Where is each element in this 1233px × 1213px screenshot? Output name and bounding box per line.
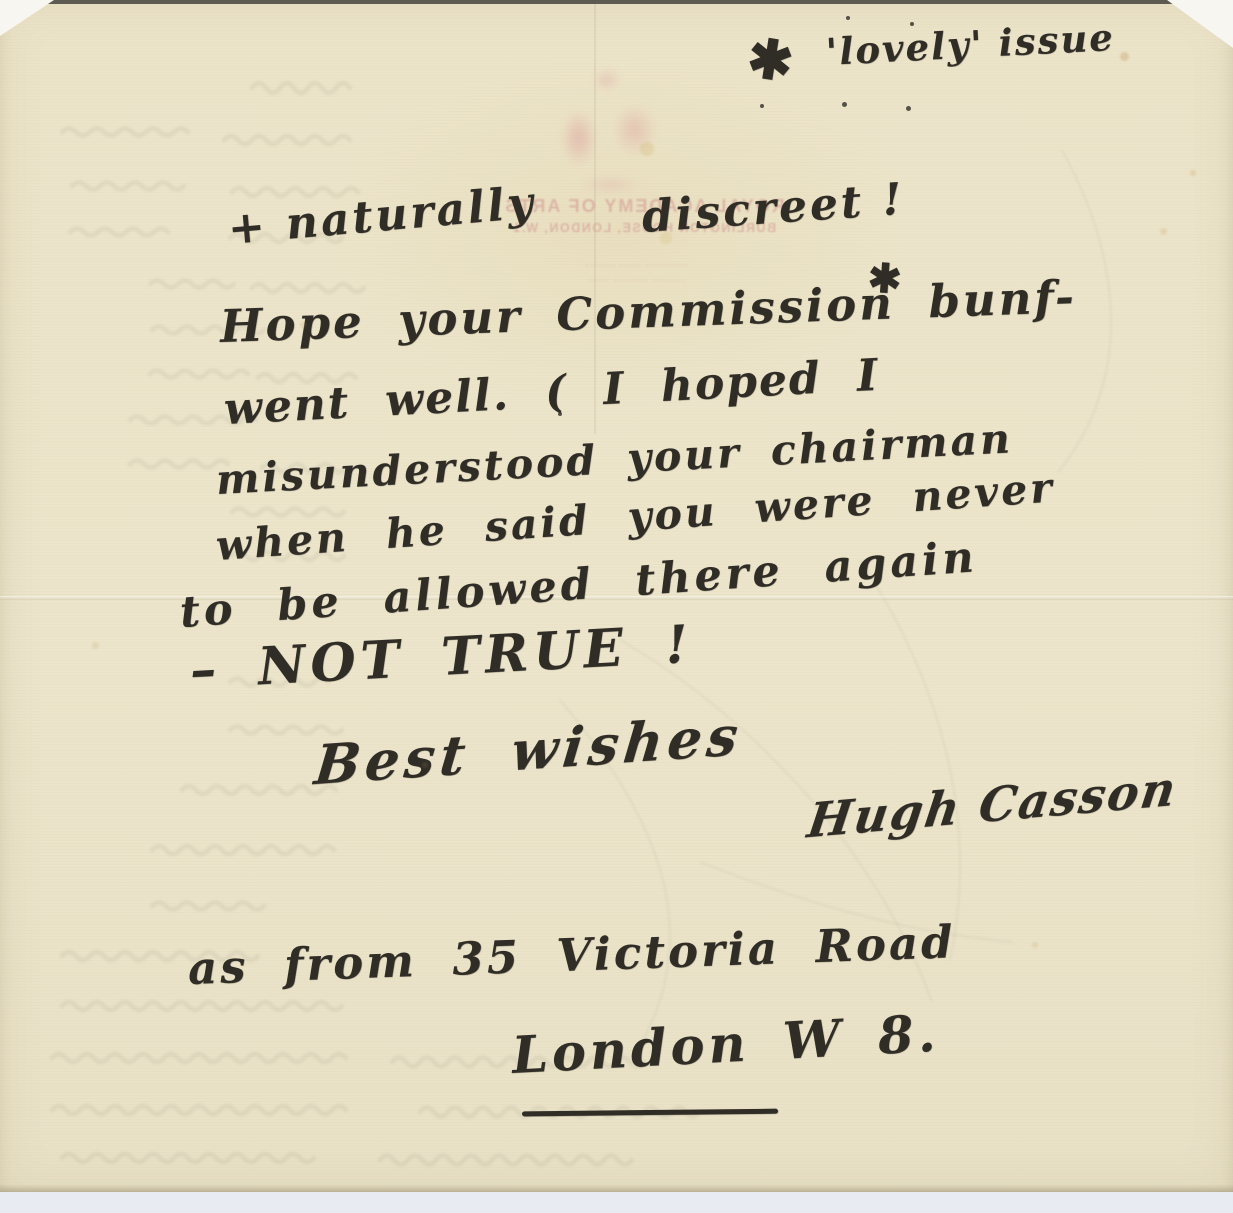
letterhead-small-print-line: ·········· ····· ·······: [536, 258, 736, 273]
paper-edge-shadow: [0, 1184, 1233, 1192]
scanned-letter: ROYAL ACADEMY OF ARTS BURLINGTON HOUSE, …: [0, 0, 1233, 1213]
scan-edge-line: [26, 0, 1233, 4]
scanner-margin: [0, 1192, 1233, 1213]
royal-academy-crest-show-through: [532, 58, 688, 196]
